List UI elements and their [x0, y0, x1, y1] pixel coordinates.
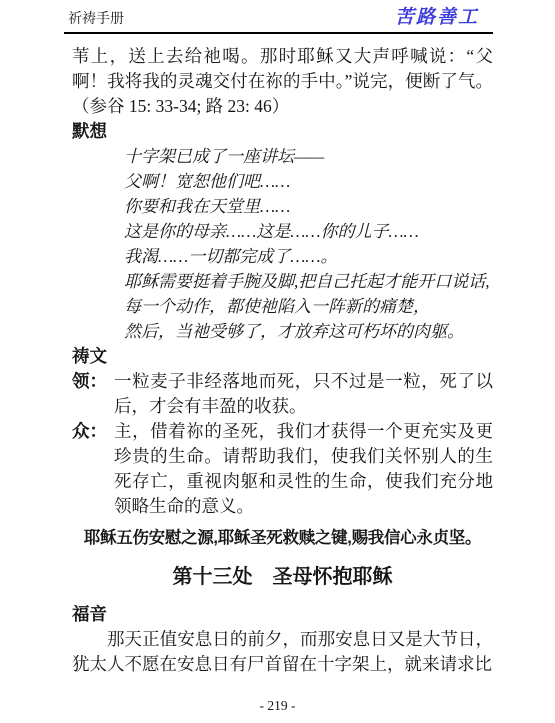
page-content: 苇上，送上去给祂喝。那时耶稣又大声呼喊说：“父啊！我将我的灵魂交付在祢的手中。”… [72, 44, 493, 677]
document-page: 祈祷手册 苦路善工 苇上，送上去给祂喝。那时耶稣又大声呼喊说：“父啊！我将我的灵… [0, 0, 555, 723]
header-right-title: 苦路善工 [395, 7, 493, 29]
prayer-congregation-text: 主，借着祢的圣死，我们才获得一个更充实及更珍贵的生命。请帮助我们，使我们关怀别人… [114, 419, 493, 519]
meditation-line: 十字架已成了一座讲坛—— [124, 144, 493, 169]
meditation-line: 你要和我在天堂里…… [124, 194, 493, 219]
meditation-block: 十字架已成了一座讲坛—— 父啊！宽恕他们吧…… 你要和我在天堂里…… 这是你的母… [72, 144, 493, 344]
meditation-line: 父啊！宽恕他们吧…… [124, 169, 493, 194]
meditation-line: 这是你的母亲……这是……你的儿子…… [124, 219, 493, 244]
meditation-line: 然后，当祂受够了，才放弃这可朽坏的肉躯。 [124, 319, 493, 344]
meditation-line: 耶稣需要挺着手腕及脚,把自己托起才能开口说话, [124, 269, 493, 294]
page-number: - 219 - [260, 698, 296, 713]
prayer-heading: 祷文 [72, 344, 493, 369]
page-header: 祈祷手册 苦路善工 [64, 7, 493, 34]
meditation-heading: 默想 [72, 119, 493, 144]
prayer-leader-text: 一粒麦子非经落地而死，只不过是一粒，死了以后，才会有丰盈的收获。 [114, 369, 493, 419]
prayer-item-congregation: 众： 主，借着祢的圣死，我们才获得一个更充实及更珍贵的生命。请帮助我们，使我们关… [72, 419, 493, 519]
prayer-congregation-label: 众： [72, 419, 114, 444]
station-title: 第十三处 圣母怀抱耶稣 [72, 562, 493, 592]
page-footer: - 219 - [0, 698, 555, 714]
meditation-line: 每一个动作，都使祂陷入一阵新的痛楚， [124, 294, 493, 319]
prayer-item-leader: 领： 一粒麦子非经落地而死，只不过是一粒，死了以后，才会有丰盈的收获。 [72, 369, 493, 419]
refrain-line: 耶稣五伤安慰之源,耶稣圣死救赎之键,赐我信心永贞坚。 [72, 526, 493, 551]
gospel-heading: 福音 [72, 602, 493, 627]
gospel-paragraph: 那天正值安息日的前夕，而那安息日又是大节日，犹太人不愿在安息日有尸首留在十字架上… [72, 627, 493, 677]
gospel-continuation-paragraph: 苇上，送上去给祂喝。那时耶稣又大声呼喊说：“父啊！我将我的灵魂交付在祢的手中。”… [72, 44, 493, 119]
meditation-line: 我渴……一切都完成了……。 [124, 244, 493, 269]
prayer-leader-label: 领： [72, 369, 114, 394]
header-left-title: 祈祷手册 [64, 11, 124, 29]
